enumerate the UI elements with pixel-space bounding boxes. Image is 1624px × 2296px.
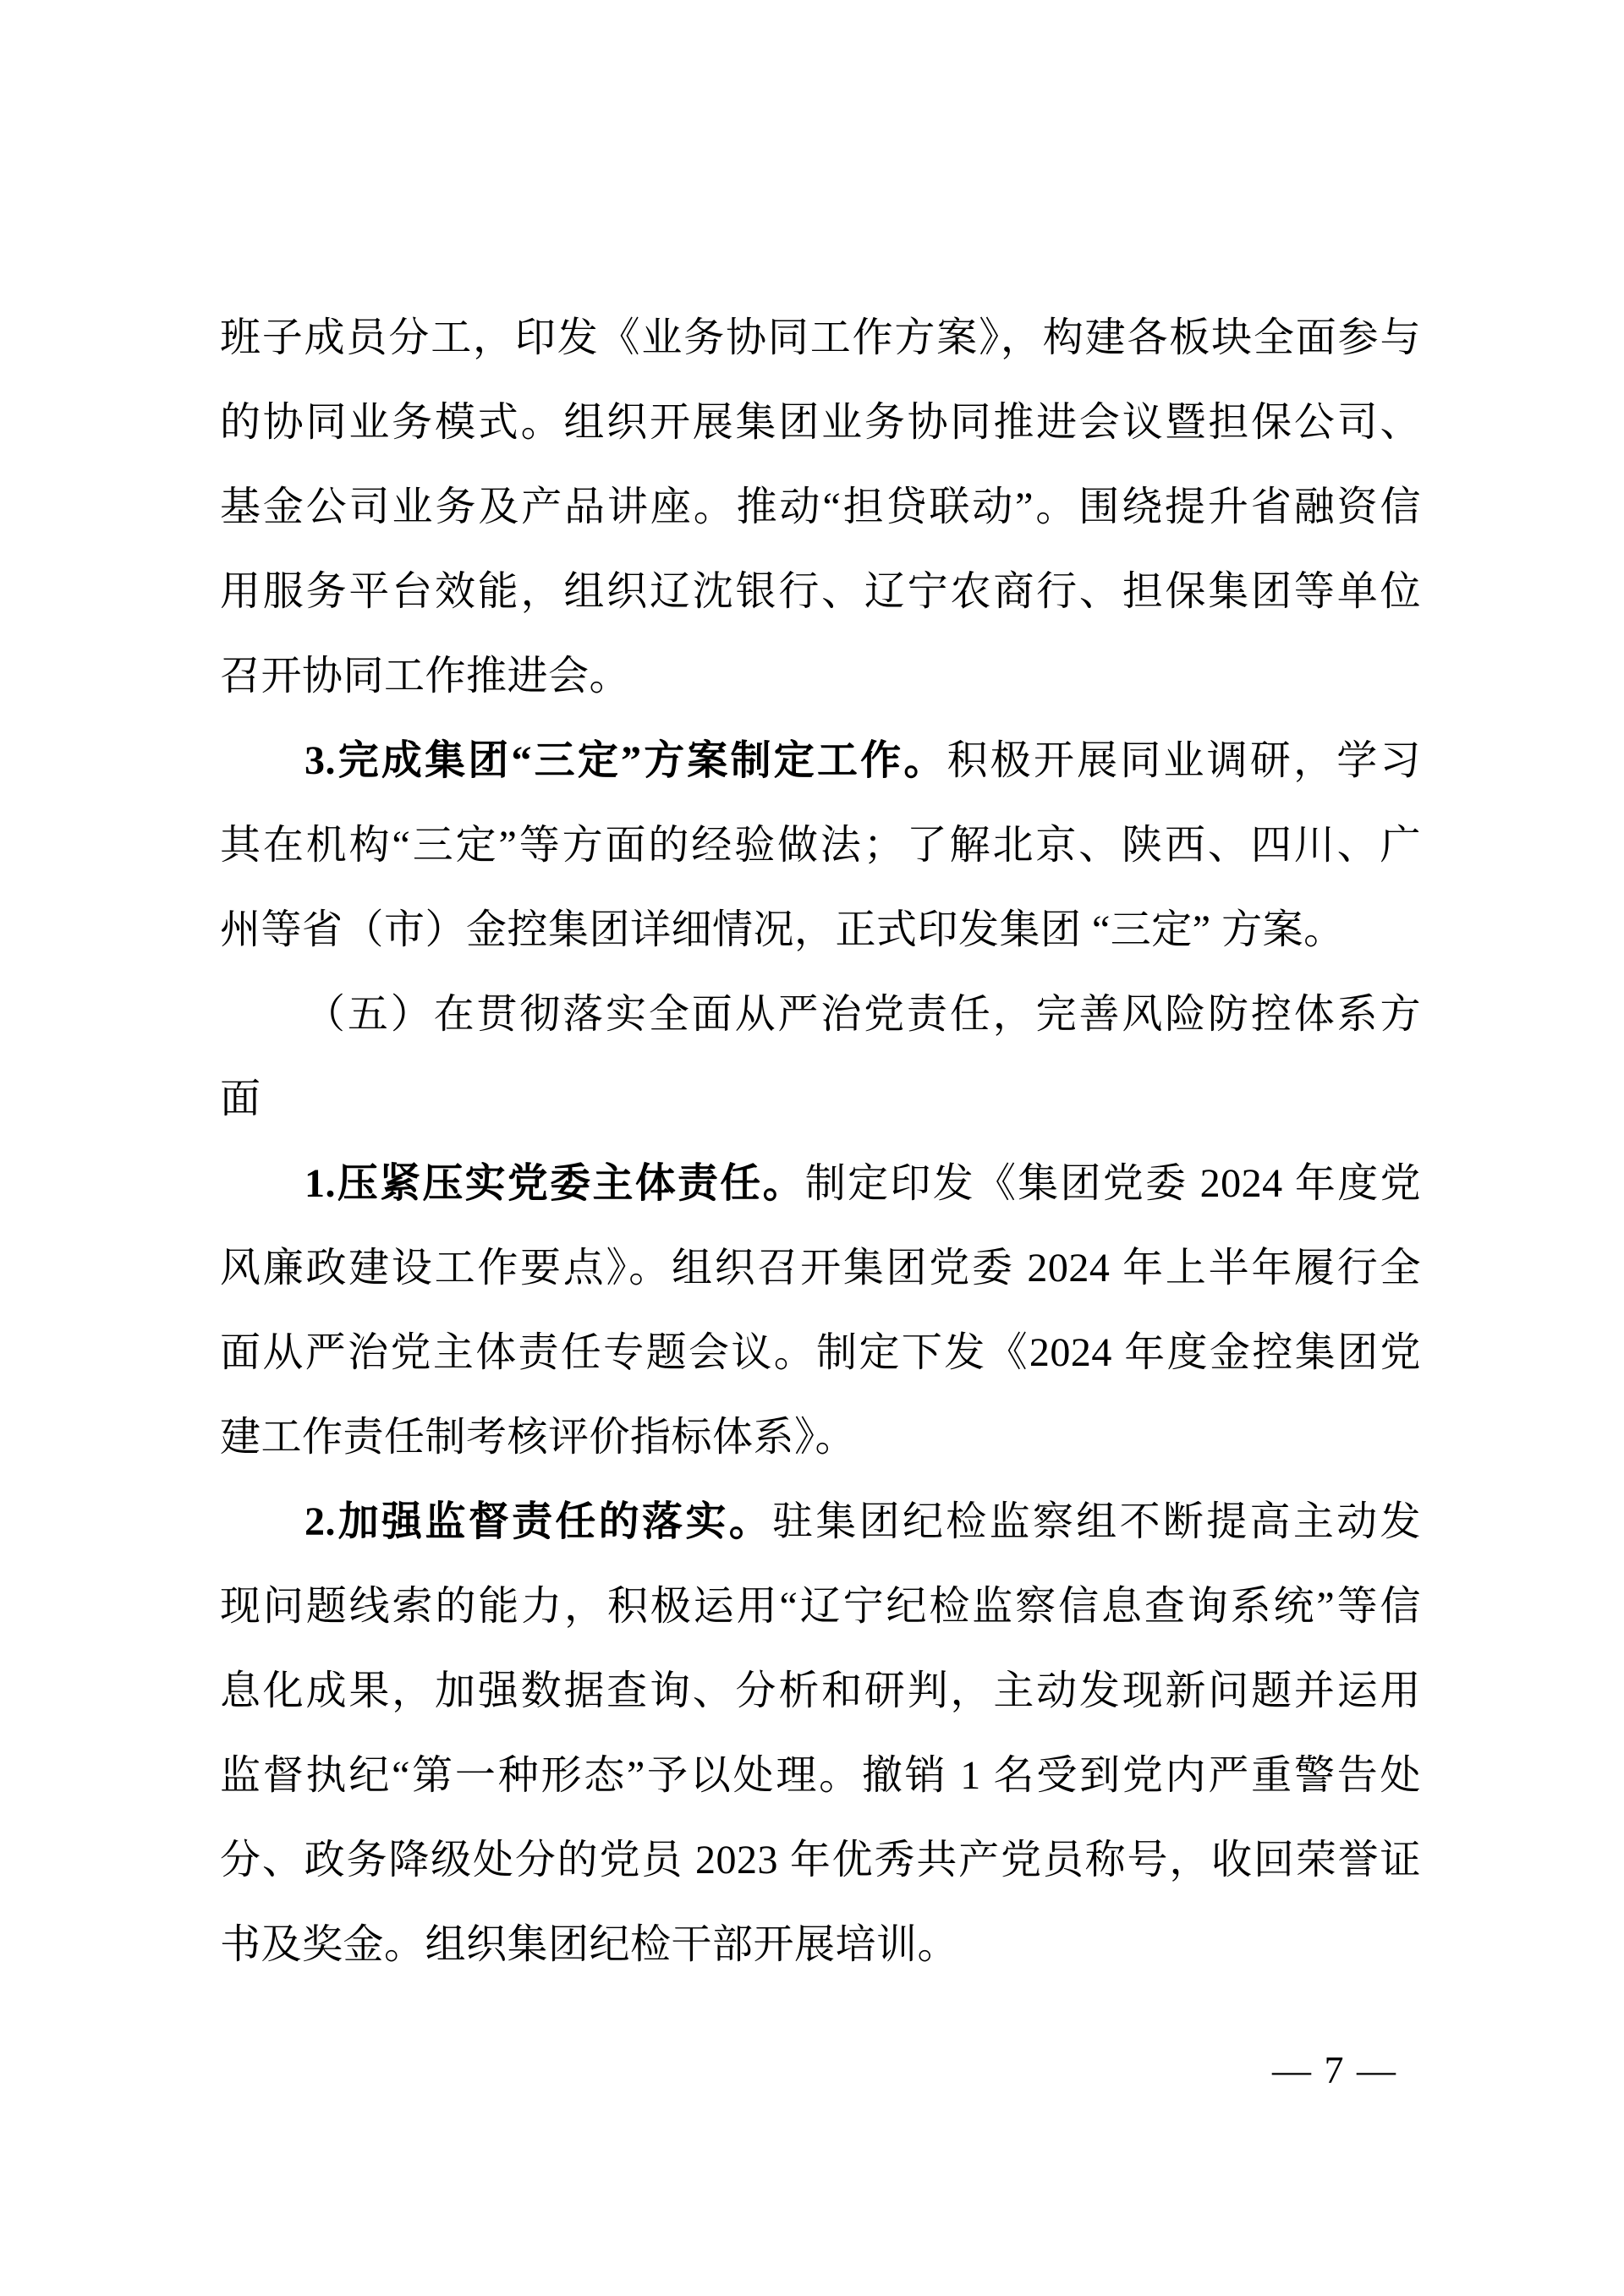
text-line: 现问题线索的能力，积极运用“辽宁纪检监察信息查询系统”等信 xyxy=(220,1564,1421,1649)
body-text: 书及奖金。组织集团纪检干部开展培训。 xyxy=(220,1922,958,1967)
text-line: 面从严治党主体责任专题会议。制定下发《2024 年度金控集团党 xyxy=(220,1311,1421,1395)
body-text: 的协同业务模式。组织开展集团业务协同推进会议暨担保公司、 xyxy=(220,400,1421,445)
section-heading: （五）在贯彻落实全面从严治党责任，完善风险防控体系方 xyxy=(304,992,1421,1037)
paragraph-heading: 2.加强监督责任的落实。 xyxy=(304,1499,772,1544)
body-text: 驻集团纪检监察组不断提高主动发 xyxy=(772,1499,1421,1544)
text-line: 息化成果，加强数据查询、分析和研判，主动发现新问题并运用 xyxy=(220,1649,1421,1734)
text-line: 2.加强监督责任的落实。驻集团纪检监察组不断提高主动发 xyxy=(220,1480,1421,1564)
text-line: 用服务平台效能，组织辽沈银行、辽宁农商行、担保集团等单位 xyxy=(220,550,1421,634)
body-text: 基金公司业务及产品讲座。推动“担贷联动”。围绕提升省融资信 xyxy=(220,485,1421,529)
paragraph-heading: 1.压紧压实党委主体责任。 xyxy=(304,1161,805,1206)
text-line: 州等省（市）金控集团详细情况，正式印发集团 “三定” 方案。 xyxy=(220,888,1421,973)
body-text: 制定印发《集团党委 2024 年度党 xyxy=(805,1161,1421,1206)
body-text: 风廉政建设工作要点》。组织召开集团党委 2024 年上半年履行全 xyxy=(220,1246,1421,1290)
body-text: 面从严治党主体责任专题会议。制定下发《2024 年度金控集团党 xyxy=(220,1330,1421,1375)
text-line: 班子成员分工，印发《业务协同工作方案》，构建各板块全面参与 xyxy=(220,296,1421,381)
body-text: 积极开展同业调研，学习 xyxy=(947,738,1421,783)
text-line: 基金公司业务及产品讲座。推动“担贷联动”。围绕提升省融资信 xyxy=(220,465,1421,550)
document-page: 班子成员分工，印发《业务协同工作方案》，构建各板块全面参与 的协同业务模式。组织… xyxy=(0,0,1624,2296)
text-line: 召开协同工作推进会。 xyxy=(220,634,1421,719)
text-line: 监督执纪“第一种形态”予以处理。撤销 1 名受到党内严重警告处 xyxy=(220,1734,1421,1818)
body-text: 用服务平台效能，组织辽沈银行、辽宁农商行、担保集团等单位 xyxy=(220,569,1421,614)
document-body: 班子成员分工，印发《业务协同工作方案》，构建各板块全面参与 的协同业务模式。组织… xyxy=(220,296,1421,1987)
body-text: 监督执纪“第一种形态”予以处理。撤销 1 名受到党内严重警告处 xyxy=(220,1753,1421,1798)
body-text: 召开协同工作推进会。 xyxy=(220,654,630,699)
page-number: — 7 — xyxy=(1272,2032,1397,2108)
body-text: 息化成果，加强数据查询、分析和研判，主动发现新问题并运用 xyxy=(220,1669,1421,1713)
section-heading-line: 面 xyxy=(220,1057,1421,1142)
paragraph-heading: 3.完成集团“三定”方案制定工作。 xyxy=(304,738,947,783)
text-line: 风廉政建设工作要点》。组织召开集团党委 2024 年上半年履行全 xyxy=(220,1226,1421,1311)
body-text: 分、政务降级处分的党员 2023 年优秀共产党员称号，收回荣誉证 xyxy=(220,1838,1421,1882)
text-line: 建工作责任制考核评价指标体系》。 xyxy=(220,1395,1421,1480)
body-text: 现问题线索的能力，积极运用“辽宁纪检监察信息查询系统”等信 xyxy=(220,1584,1421,1629)
body-text: 州等省（市）金控集团详细情况，正式印发集团 “三定” 方案。 xyxy=(220,907,1345,952)
text-line: 书及奖金。组织集团纪检干部开展培训。 xyxy=(220,1903,1421,1987)
body-text: 建工作责任制考核评价指标体系》。 xyxy=(220,1415,856,1460)
text-line: 分、政务降级处分的党员 2023 年优秀共产党员称号，收回荣誉证 xyxy=(220,1818,1421,1903)
section-heading: 面 xyxy=(220,1077,261,1121)
text-line: 其在机构“三定”等方面的经验做法；了解北京、陕西、四川、广 xyxy=(220,803,1421,888)
body-text: 其在机构“三定”等方面的经验做法；了解北京、陕西、四川、广 xyxy=(220,823,1421,868)
body-text: 班子成员分工，印发《业务协同工作方案》，构建各板块全面参与 xyxy=(220,315,1421,360)
text-line: 3.完成集团“三定”方案制定工作。积极开展同业调研，学习 xyxy=(220,719,1421,803)
section-heading-line: （五）在贯彻落实全面从严治党责任，完善风险防控体系方 xyxy=(220,973,1421,1057)
text-line: 1.压紧压实党委主体责任。制定印发《集团党委 2024 年度党 xyxy=(220,1142,1421,1226)
text-line: 的协同业务模式。组织开展集团业务协同推进会议暨担保公司、 xyxy=(220,381,1421,465)
